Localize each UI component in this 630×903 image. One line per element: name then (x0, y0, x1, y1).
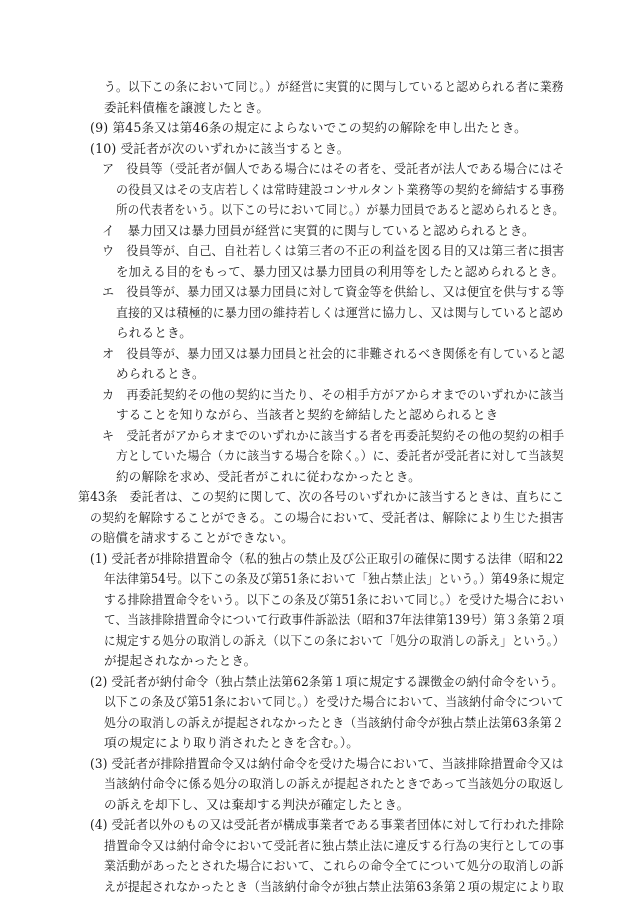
text-line: (4) 受託者以外のもの又は受託者が構成事業者である事業者団体に対して行われた排… (90, 817, 564, 833)
text-line: の訴えを却下し、又は棄却する判決が確定したとき。 (104, 797, 409, 813)
text-line: 方としていた場合（カに該当する場合を除く。）に、委託者が受託者に対して当該契 (116, 448, 564, 464)
text-line: (9) 第45条又は第46条の規定によらないでこの契約の解除を申し出たとき。 (90, 120, 527, 136)
text-line: する排除措置命令をいう。以下この条及び第51条において同じ。）を受けた場合におい (104, 592, 564, 608)
text-line: られるとき。 (116, 325, 192, 341)
text-line: 第43条 委託者は、この契約に関して、次の各号のいずれかに該当するときは、直ちに… (78, 489, 564, 505)
text-line: えが提起されなかったとき（当該納付命令が独占禁止法第63条第２項の規定により取 (104, 879, 564, 895)
text-line: が提起されなかったとき。 (104, 653, 256, 669)
text-line: することを知りながら、当該者と契約を締結したと認められるとき (116, 407, 498, 423)
text-line: の役員又はその支店若しくは常時建設コンサルタント業務等の契約を締結する事務 (116, 182, 564, 198)
text-line: 業活動があったとされた場合において、これらの命令全てについて処分の取消しの訴 (104, 858, 564, 874)
text-line: 所の代表者をいう。以下この号において同じ。）が暴力団員であると認められるとき。 (116, 202, 564, 218)
text-line: (3) 受託者が排除措置命令又は納付命令を受けた場合において、当該排除措置命令又… (90, 756, 564, 772)
text-line: 処分の取消しの訴えが提起されなかったとき（当該納付命令が独占禁止法第63条第２ (104, 715, 564, 731)
text-line: エ 役員等が、暴力団又は暴力団員に対して資金等を供給し、又は便宜を供与する等 (102, 284, 564, 300)
text-line: イ 暴力団又は暴力団員が経営に実質的に関与していると認められるとき。 (102, 223, 535, 239)
document-page: う。以下この条において同じ。）が経営に実質的に関与していると認められる者に業務委… (0, 0, 630, 903)
text-line: を加える目的をもって、暴力団又は暴力団員の利用等をしたと認められるとき。 (116, 264, 564, 280)
text-line: 措置命令又は納付命令において受託者に独占禁止法に違反する行為の実行としての事 (104, 838, 564, 854)
text-line: オ 役員等が、暴力団又は暴力団員と社会的に非難されるべき関係を有していると認 (102, 346, 564, 362)
text-line: 直接的又は積極的に暴力団の維持若しくは運営に協力し、又は関与していると認め (116, 305, 564, 321)
text-line: 当該納付命令に係る処分の取消しの訴えが提起されたときであって当該処分の取返し (104, 776, 564, 792)
text-line: 約の解除を求め、受託者がこれに従わなかったとき。 (116, 469, 421, 485)
text-line: 年法律第54号。以下この条及び第51条において「独占禁止法」という。）第49条に… (104, 571, 564, 587)
text-line: 以下この条及び第51条において同じ。）を受けた場合において、当該納付命令について (104, 694, 564, 710)
text-line: う。以下この条において同じ。）が経営に実質的に関与していると認められる者に業務 (104, 79, 564, 95)
text-line: に規定する処分の取消しの訴え（以下この条において「処分の取消しの訴え」という。） (104, 633, 564, 649)
text-line: カ 再委託契約その他の契約に当たり、その相手方がアからオまでのいずれかに該当 (102, 387, 564, 403)
text-line: ウ 役員等が、自己、自社若しくは第三者の不正の利益を図る目的又は第三者に損害 (102, 243, 564, 259)
text-line: キ 受託者がアからオまでのいずれかに該当する者を再委託契約その他の契約の相手 (102, 428, 564, 444)
text-line: (10) 受託者が次のいずれかに該当するとき。 (90, 141, 350, 157)
text-line: (1) 受託者が排除措置命令（私的独占の禁止及び公正取引の確保に関する法律（昭和… (90, 551, 564, 567)
text-line: められるとき。 (116, 366, 205, 382)
text-line: 委託料債権を譲渡したとき。 (104, 100, 269, 116)
text-line: の契約を解除することができる。この場合において、受託者は、解除により生じた損害 (90, 510, 564, 526)
text-line: (2) 受託者が納付命令（独占禁止法第62条第１項に規定する課徴金の納付命令をい… (90, 674, 564, 690)
text-line: の賠償を請求することができない。 (90, 530, 294, 546)
text-line: て、当該排除措置命令について行政事件訴訟法（昭和37年法律第139号）第３条第２… (104, 612, 564, 628)
text-line: 項の規定により取り消されたときを含む。）。 (104, 735, 359, 751)
text-line: ア 役員等（受託者が個人である場合にはその者を、受託者が法人である場合にはそ (102, 161, 564, 177)
